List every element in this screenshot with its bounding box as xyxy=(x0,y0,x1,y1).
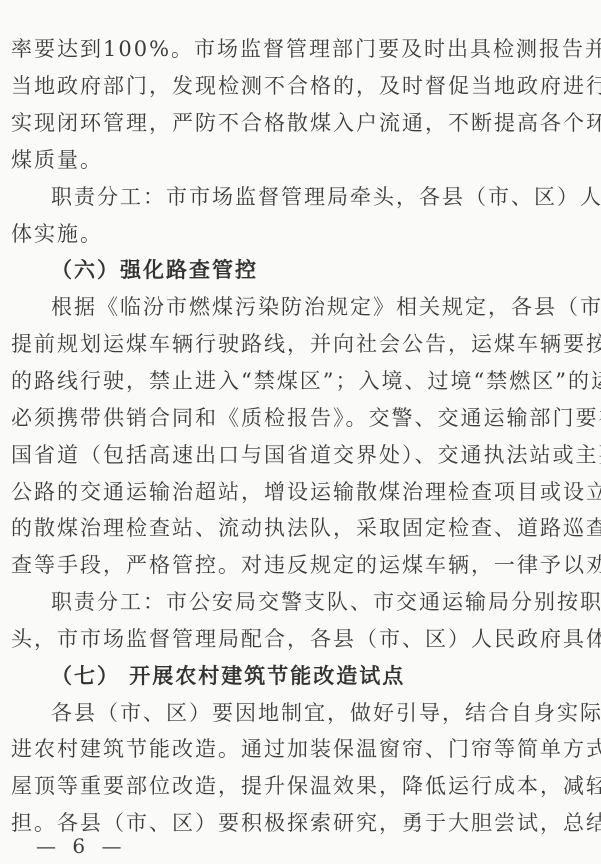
document-page: 率要达到100%。市场监督管理部门要及时出具检测报告并送达 当地政府部门，发现检… xyxy=(0,0,601,864)
section-heading-6: （六）强化路查管控 xyxy=(11,251,589,288)
text-line: 头，市市场监督管理局配合，各县（市、区）人民政府具体实施。 xyxy=(11,620,589,657)
text-line: 各县（市、区）要因地制宜，做好引导，结合自身实际，积极推 xyxy=(11,693,589,730)
text-line: 提前规划运煤车辆行驶路线，并向社会公告，运煤车辆要按照规定 xyxy=(11,325,589,362)
text-line: 的散煤治理检查站、流动执法队，采取固定检查、道路巡查、夜间突 xyxy=(11,509,589,546)
text-line: 煤质量。 xyxy=(11,141,589,178)
text-line: 职责分工：市公安局交警支队、市交通运输局分别按职责牵 xyxy=(11,583,589,620)
text-line: 国省道（包括高速出口与国省道交界处）、交通执法站或主要干线 xyxy=(11,435,589,472)
text-line: 必须携带供销合同和《质检报告》。交警、交通运输部门要在主要 xyxy=(11,398,589,435)
text-line: 公路的交通运输治超站，增设运输散煤治理检查项目或设立固定 xyxy=(11,472,589,509)
text-line: 屋顶等重要部位改造，提升保温效果，降低运行成本，减轻群众负 xyxy=(11,767,589,804)
text-line: 实现闭环管理，严防不合格散煤入户流通，不断提高各个环节民用 xyxy=(11,104,589,141)
text-line: 当地政府部门，发现检测不合格的，及时督促当地政府进行处置， xyxy=(11,67,589,104)
document-body: 率要达到100%。市场监督管理部门要及时出具检测报告并送达 当地政府部门，发现检… xyxy=(11,30,589,841)
text-line: 的路线行驶，禁止进入“禁煤区”；入境、过境“禁燃区”的运煤车辆 xyxy=(11,362,589,399)
text-line: 率要达到100%。市场监督管理部门要及时出具检测报告并送达 xyxy=(11,30,589,67)
text-line: 进农村建筑节能改造。通过加装保温窗帘、门帘等简单方式，配合 xyxy=(11,730,589,767)
text-line: 根据《临汾市燃煤污染防治规定》相关规定，各县（市、区）要 xyxy=(11,288,589,325)
text-line: 查等手段，严格管控。对违反规定的运煤车辆，一律予以劝返。 xyxy=(11,546,589,583)
section-heading-7: （七） 开展农村建筑节能改造试点 xyxy=(11,656,589,693)
text-line: 职责分工：市市场监督管理局牵头，各县（市、区）人民政府具 xyxy=(11,177,589,214)
page-number: — 6 — xyxy=(36,834,126,858)
text-line: 体实施。 xyxy=(11,214,589,251)
